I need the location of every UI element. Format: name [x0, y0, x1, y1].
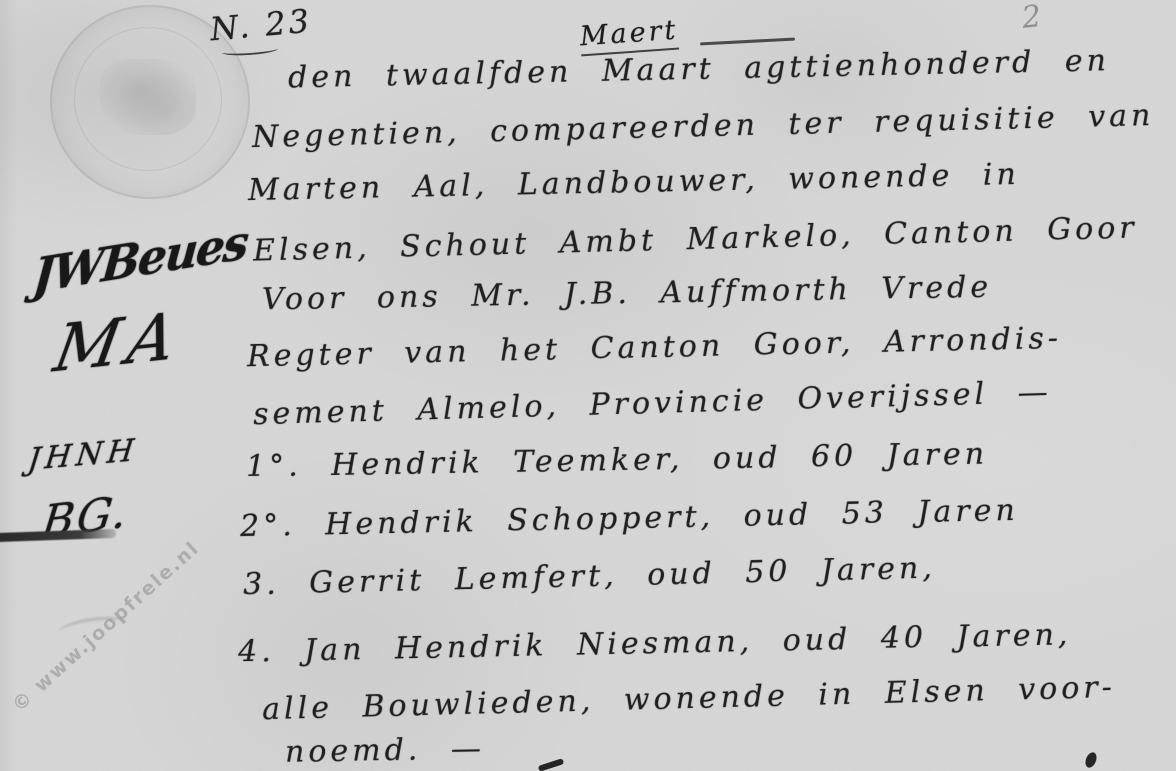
pencil-page-number: 2 [1020, 0, 1044, 36]
handwritten-line-5: Voor ons Mr. J.B. Auffmorth Vrede [262, 270, 993, 318]
handwritten-line-6: Regter van het Canton Goor, Arrondis- [247, 321, 1063, 374]
interlinear-insertion: Maert [579, 15, 680, 57]
seal-coat-of-arms [100, 59, 196, 135]
handwritten-line-13: noemd. — [285, 731, 485, 769]
handwritten-line-8: 1°. Hendrik Teemker, oud 60 Jaren [246, 437, 989, 485]
act-number: N. 23 [209, 2, 314, 49]
handwritten-line-4: Elsen, Schout Ambt Markelo, Canton Goor [253, 210, 1138, 268]
margin-signature-1: JWBeues [31, 214, 249, 303]
handwritten-line-3: Marten Aal, Landbouwer, wonende in [248, 157, 1020, 208]
cutoff-ink-stroke [538, 758, 565, 771]
cutoff-ink-stroke [1083, 751, 1098, 770]
handwritten-line-12: alle Bouwlieden, wonende in Elsen voor- [262, 670, 1117, 727]
margin-signature-2: MA [49, 298, 189, 387]
site-watermark: © www.joopfrele.nl [8, 537, 204, 716]
handwritten-line-11: 4. Jan Hendrik Niesman, oud 40 Jaren, [238, 617, 1072, 669]
handwritten-line-2: Negentien, compareerden ter requisitie v… [252, 98, 1155, 155]
insertion-dash-stroke [700, 38, 795, 45]
handwritten-line-7: sement Almelo, Provincie Overijssel — [253, 375, 1052, 432]
margin-signature-3: JHNH [26, 433, 141, 478]
handwritten-line-10: 3. Gerrit Lemfert, oud 50 Jaren, [243, 551, 937, 603]
handwritten-line-9: 2°. Hendrik Schoppert, oud 53 Jaren [240, 493, 1019, 544]
handwritten-line-1: den twaalfden Maart agttienhonderd en [288, 44, 1089, 96]
document-scan: N. 23 2 Maert den twaalfden Maart agttie… [0, 0, 1176, 771]
